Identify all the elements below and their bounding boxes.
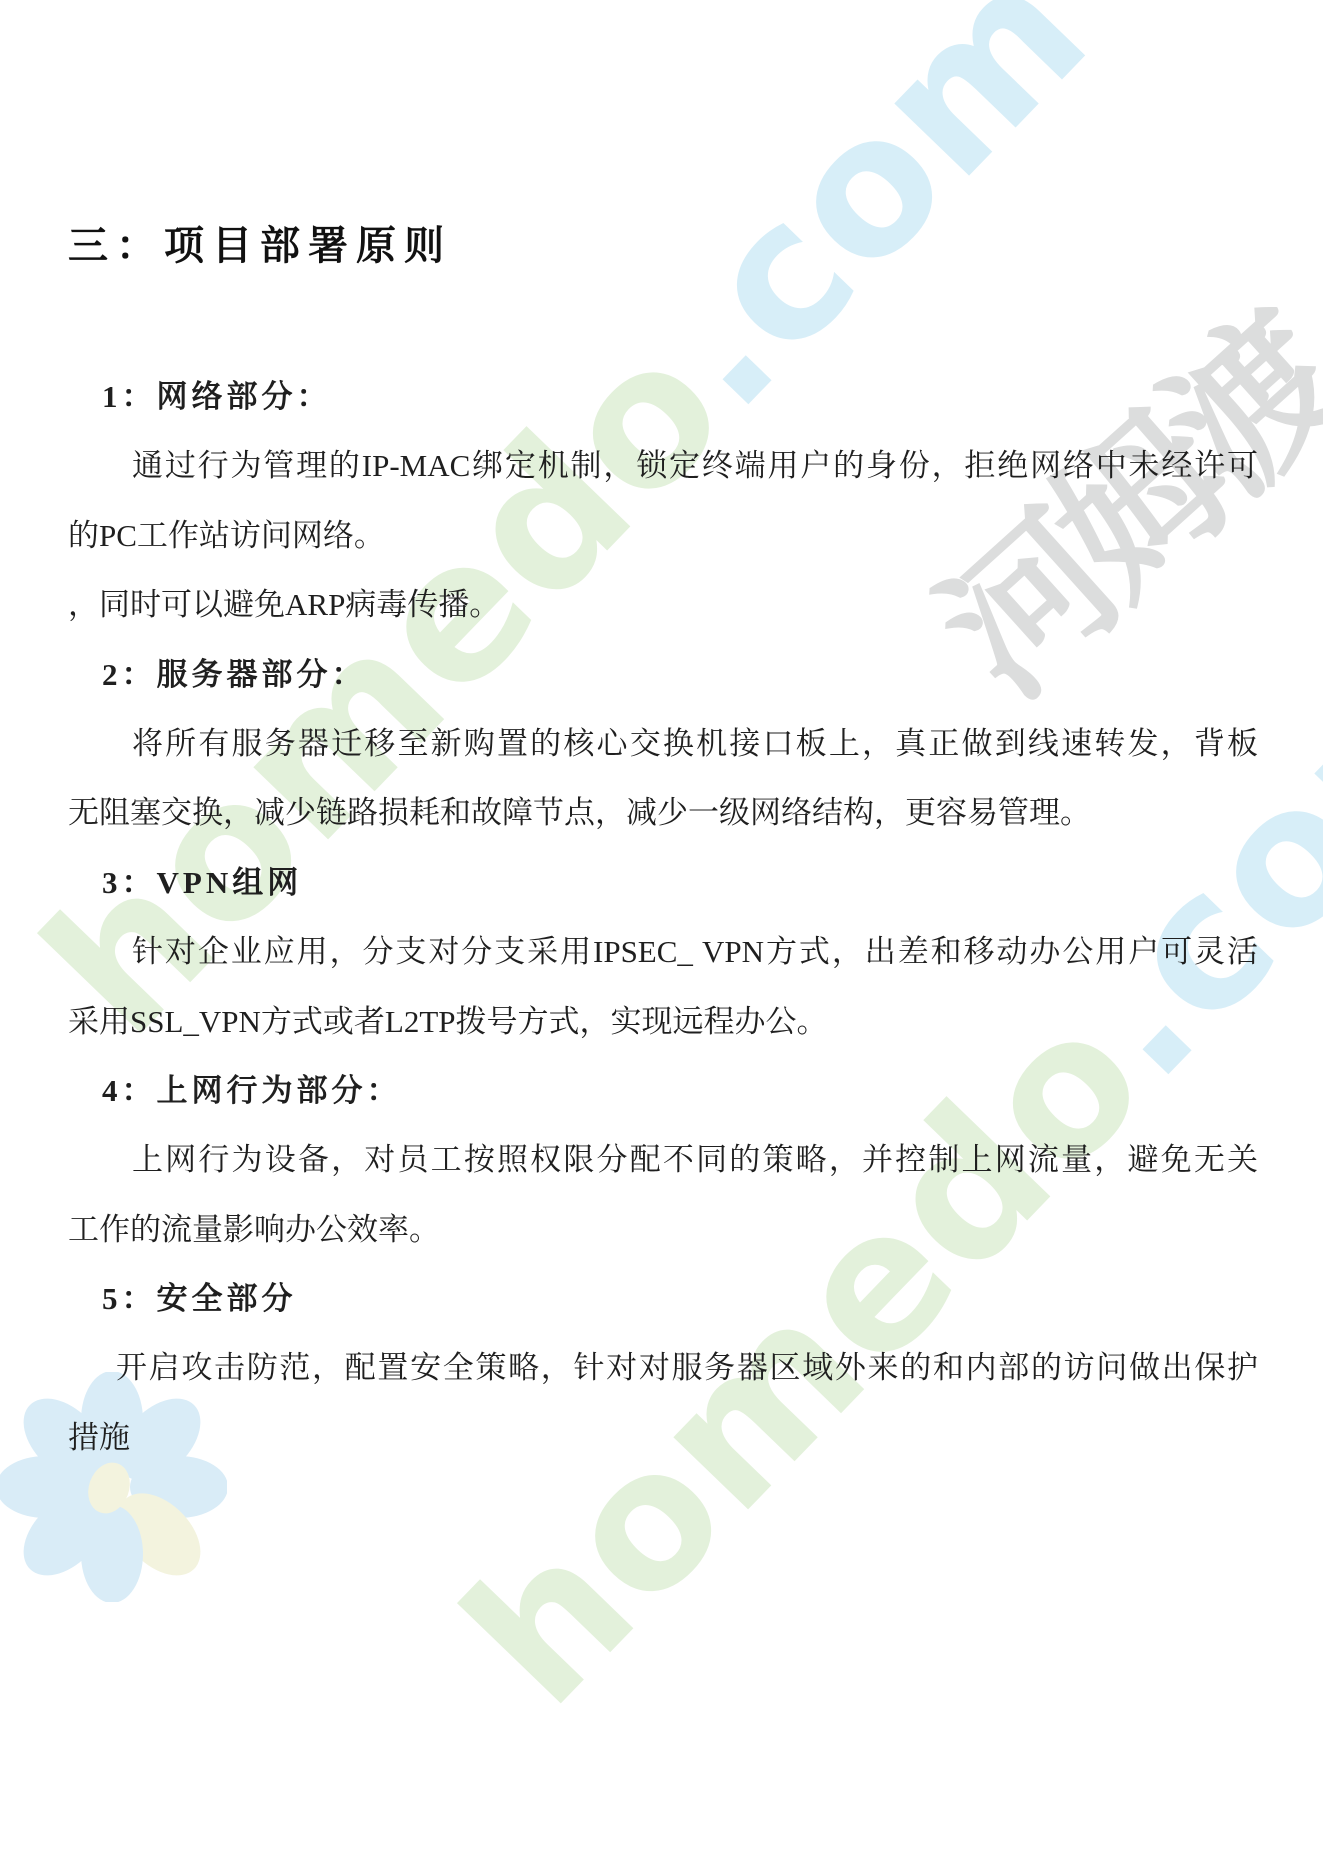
- body-line: ，同时可以避免ARP病毒传播。: [68, 570, 1258, 639]
- section-heading: 3：VPN组网: [68, 848, 1258, 917]
- document-lines: 1：网络部分：通过行为管理的IP-MAC绑定机制，锁定终端用户的身份，拒绝网络中…: [68, 362, 1258, 1472]
- document-page: homedo.com homedo.com 河姆渡 三：项目部署原则 1：网络部…: [0, 0, 1323, 1871]
- body-line: 上网行为设备，对员工按照权限分配不同的策略，并控制上网流量，避免无关: [68, 1125, 1258, 1194]
- body-line: 采用SSL_VPN方式或者L2TP拨号方式，实现远程办公。: [68, 987, 1258, 1056]
- body-line: 工作的流量影响办公效率。: [68, 1195, 1258, 1264]
- section-heading: 2：服务器部分：: [68, 640, 1258, 709]
- body-line: 无阻塞交换，减少链路损耗和故障节点，减少一级网络结构，更容易管理。: [68, 778, 1258, 847]
- body-line: 措施: [68, 1403, 1258, 1472]
- section-heading: 1：网络部分：: [68, 362, 1258, 431]
- body-line: 的PC工作站访问网络。: [68, 501, 1258, 570]
- body-line: 开启攻击防范，配置安全策略，针对对服务器区域外来的和内部的访问做出保护: [68, 1333, 1258, 1402]
- body-line: 通过行为管理的IP-MAC绑定机制，锁定终端用户的身份，拒绝网络中未经许可: [68, 431, 1258, 500]
- body-line: 针对企业应用，分支对分支采用IPSEC_ VPN方式，出差和移动办公用户可灵活: [68, 917, 1258, 986]
- body-line: 将所有服务器迁移至新购置的核心交换机接口板上，真正做到线速转发，背板: [68, 709, 1258, 778]
- section-heading: 4：上网行为部分：: [68, 1056, 1258, 1125]
- document-content: 三：项目部署原则 1：网络部分：通过行为管理的IP-MAC绑定机制，锁定终端用户…: [0, 0, 1323, 1871]
- section-heading: 5：安全部分: [68, 1264, 1258, 1333]
- document-title: 三：项目部署原则: [68, 214, 452, 271]
